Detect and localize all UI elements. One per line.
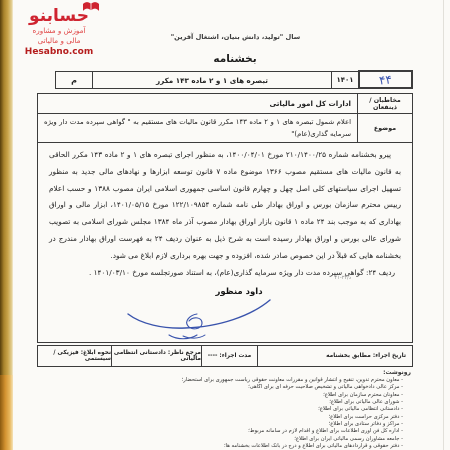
subject-row: موضوع اعلام شمول تبصره های ۱ و ۲ ماده ۱۴… [38,114,412,143]
cc-item: - مراکز و دفاتر ستادی برای اطلاع؛ [37,421,413,428]
cc-section: رونوشت: - معاون محترم تدوین، تنقیح و انت… [37,369,413,450]
handwritten-circular-number: ۴۴ [378,72,392,87]
cc-item: - دفتر حقوقی و قراردادهای مالیاتی برای ا… [37,443,413,450]
signature-scribble [123,296,273,344]
audience-label: مخاطبان /ذینفعان [357,94,412,113]
logo-tagline-1: آموزش و مشاوره [16,26,102,36]
logo-tagline-2: مالی و مالیاتی [16,36,102,46]
page-edge-strip-lower [0,375,13,450]
body-paragraph-1: پیرو بخشنامه شماره ۲۱۰/۱۴۰۰/۲۵ مورخ ۱۴۰۰… [49,147,401,265]
circular-number-box: ۴۴ [358,70,413,89]
execution-meta-table: تاریخ اجراء: مطابق بخشنامه مدت اجراء: --… [37,345,413,367]
logo-website: Hesabno.com [16,47,102,57]
subject-label: موضوع [357,114,412,142]
hesabno-logo: حسابنو آموزش و مشاوره مالی و مالیاتی Hes… [16,0,102,57]
delivery-method-cell: نحوه ابلاغ: فیزیکی / سیستمی [37,345,112,367]
cc-item: - معاون محترم تدوین، تنقیح و انتشار قوان… [37,377,413,384]
audience-value: ادارات کل امور مالیاتی [38,94,357,113]
cc-item: - معاونان محترم سازمان برای اطلاع؛ [37,392,413,399]
cc-item: - جامعه مشاوران رسمی مالیاتی ایران برای … [37,436,413,443]
open-book-icon [82,0,100,17]
circular-year-cell: ۱۴۰۱ [331,71,359,89]
execution-duration-cell: مدت اجراء: ---- [201,345,258,367]
cc-label: رونوشت: [37,369,413,377]
year-slogan: سال "تولید، دانش بنیان، اشتغال آفرین" [168,33,303,41]
cc-item: - مرکز عالی دادخواهی مالیاتی و تشخیص صلا… [37,384,413,391]
document-type-title: بخشنامه [185,53,285,65]
internal-ref-code: د/۲۲-۴۱ [335,275,351,281]
circular-subject-cell: تبصره های ۱ و ۲ ماده ۱۴۳ مکرر [92,71,332,89]
supervising-authority-cell: مرجع ناظر: دادستانی انتظامی مالیاتی [111,345,202,367]
circular-meta-row: ۴۴ ۱۴۰۱ تبصره های ۱ و ۲ ماده ۱۴۳ مکرر م [55,71,413,89]
cc-item: - شورای عالی مالیاتی برای اطلاع؛ [37,399,413,406]
cc-item: - دادستانی انتظامی مالیاتی برای اطلاع؛ [37,406,413,413]
cc-item: - اداره کل فن آوری اطلاعات برای اطلاع و … [37,428,413,435]
execution-date-cell: تاریخ اجراء: مطابق بخشنامه [257,345,413,367]
document-page: حسابنو آموزش و مشاوره مالی و مالیاتی Hes… [0,0,450,450]
circular-type-cell: م [55,71,93,89]
cc-item: - دفتر مرکزی حراست برای اطلاع؛ [37,414,413,421]
scan-edge-line [443,0,444,450]
audience-row: مخاطبان /ذینفعان ادارات کل امور مالیاتی [38,94,412,114]
circular-main-box: مخاطبان /ذینفعان ادارات کل امور مالیاتی … [37,93,413,343]
subject-value: اعلام شمول تبصره های ۱ و ۲ ماده ۱۴۳ مکرر… [38,114,357,142]
